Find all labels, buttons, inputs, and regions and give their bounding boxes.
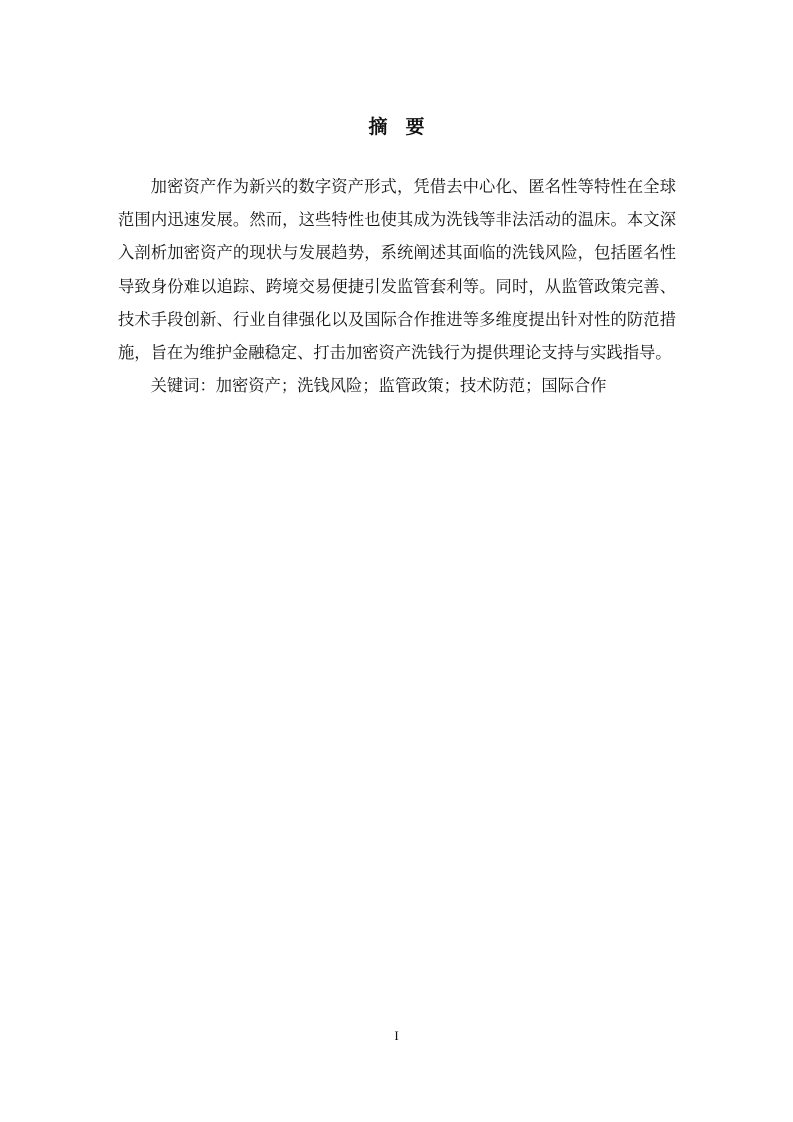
abstract-body: 加密资产作为新兴的数字资产形式，凭借去中心化、匿名性等特性在全球范围内迅速发展。… [118,170,676,402]
page-number: I [0,1028,793,1044]
keywords-line: 关键词：加密资产；洗钱风险；监管政策；技术防范；国际合作 [118,369,676,402]
title-char-1: 摘 [368,116,387,138]
abstract-paragraph: 加密资产作为新兴的数字资产形式，凭借去中心化、匿名性等特性在全球范围内迅速发展。… [118,170,676,369]
page-title: 摘要 [0,112,793,139]
title-char-2: 要 [406,116,425,138]
